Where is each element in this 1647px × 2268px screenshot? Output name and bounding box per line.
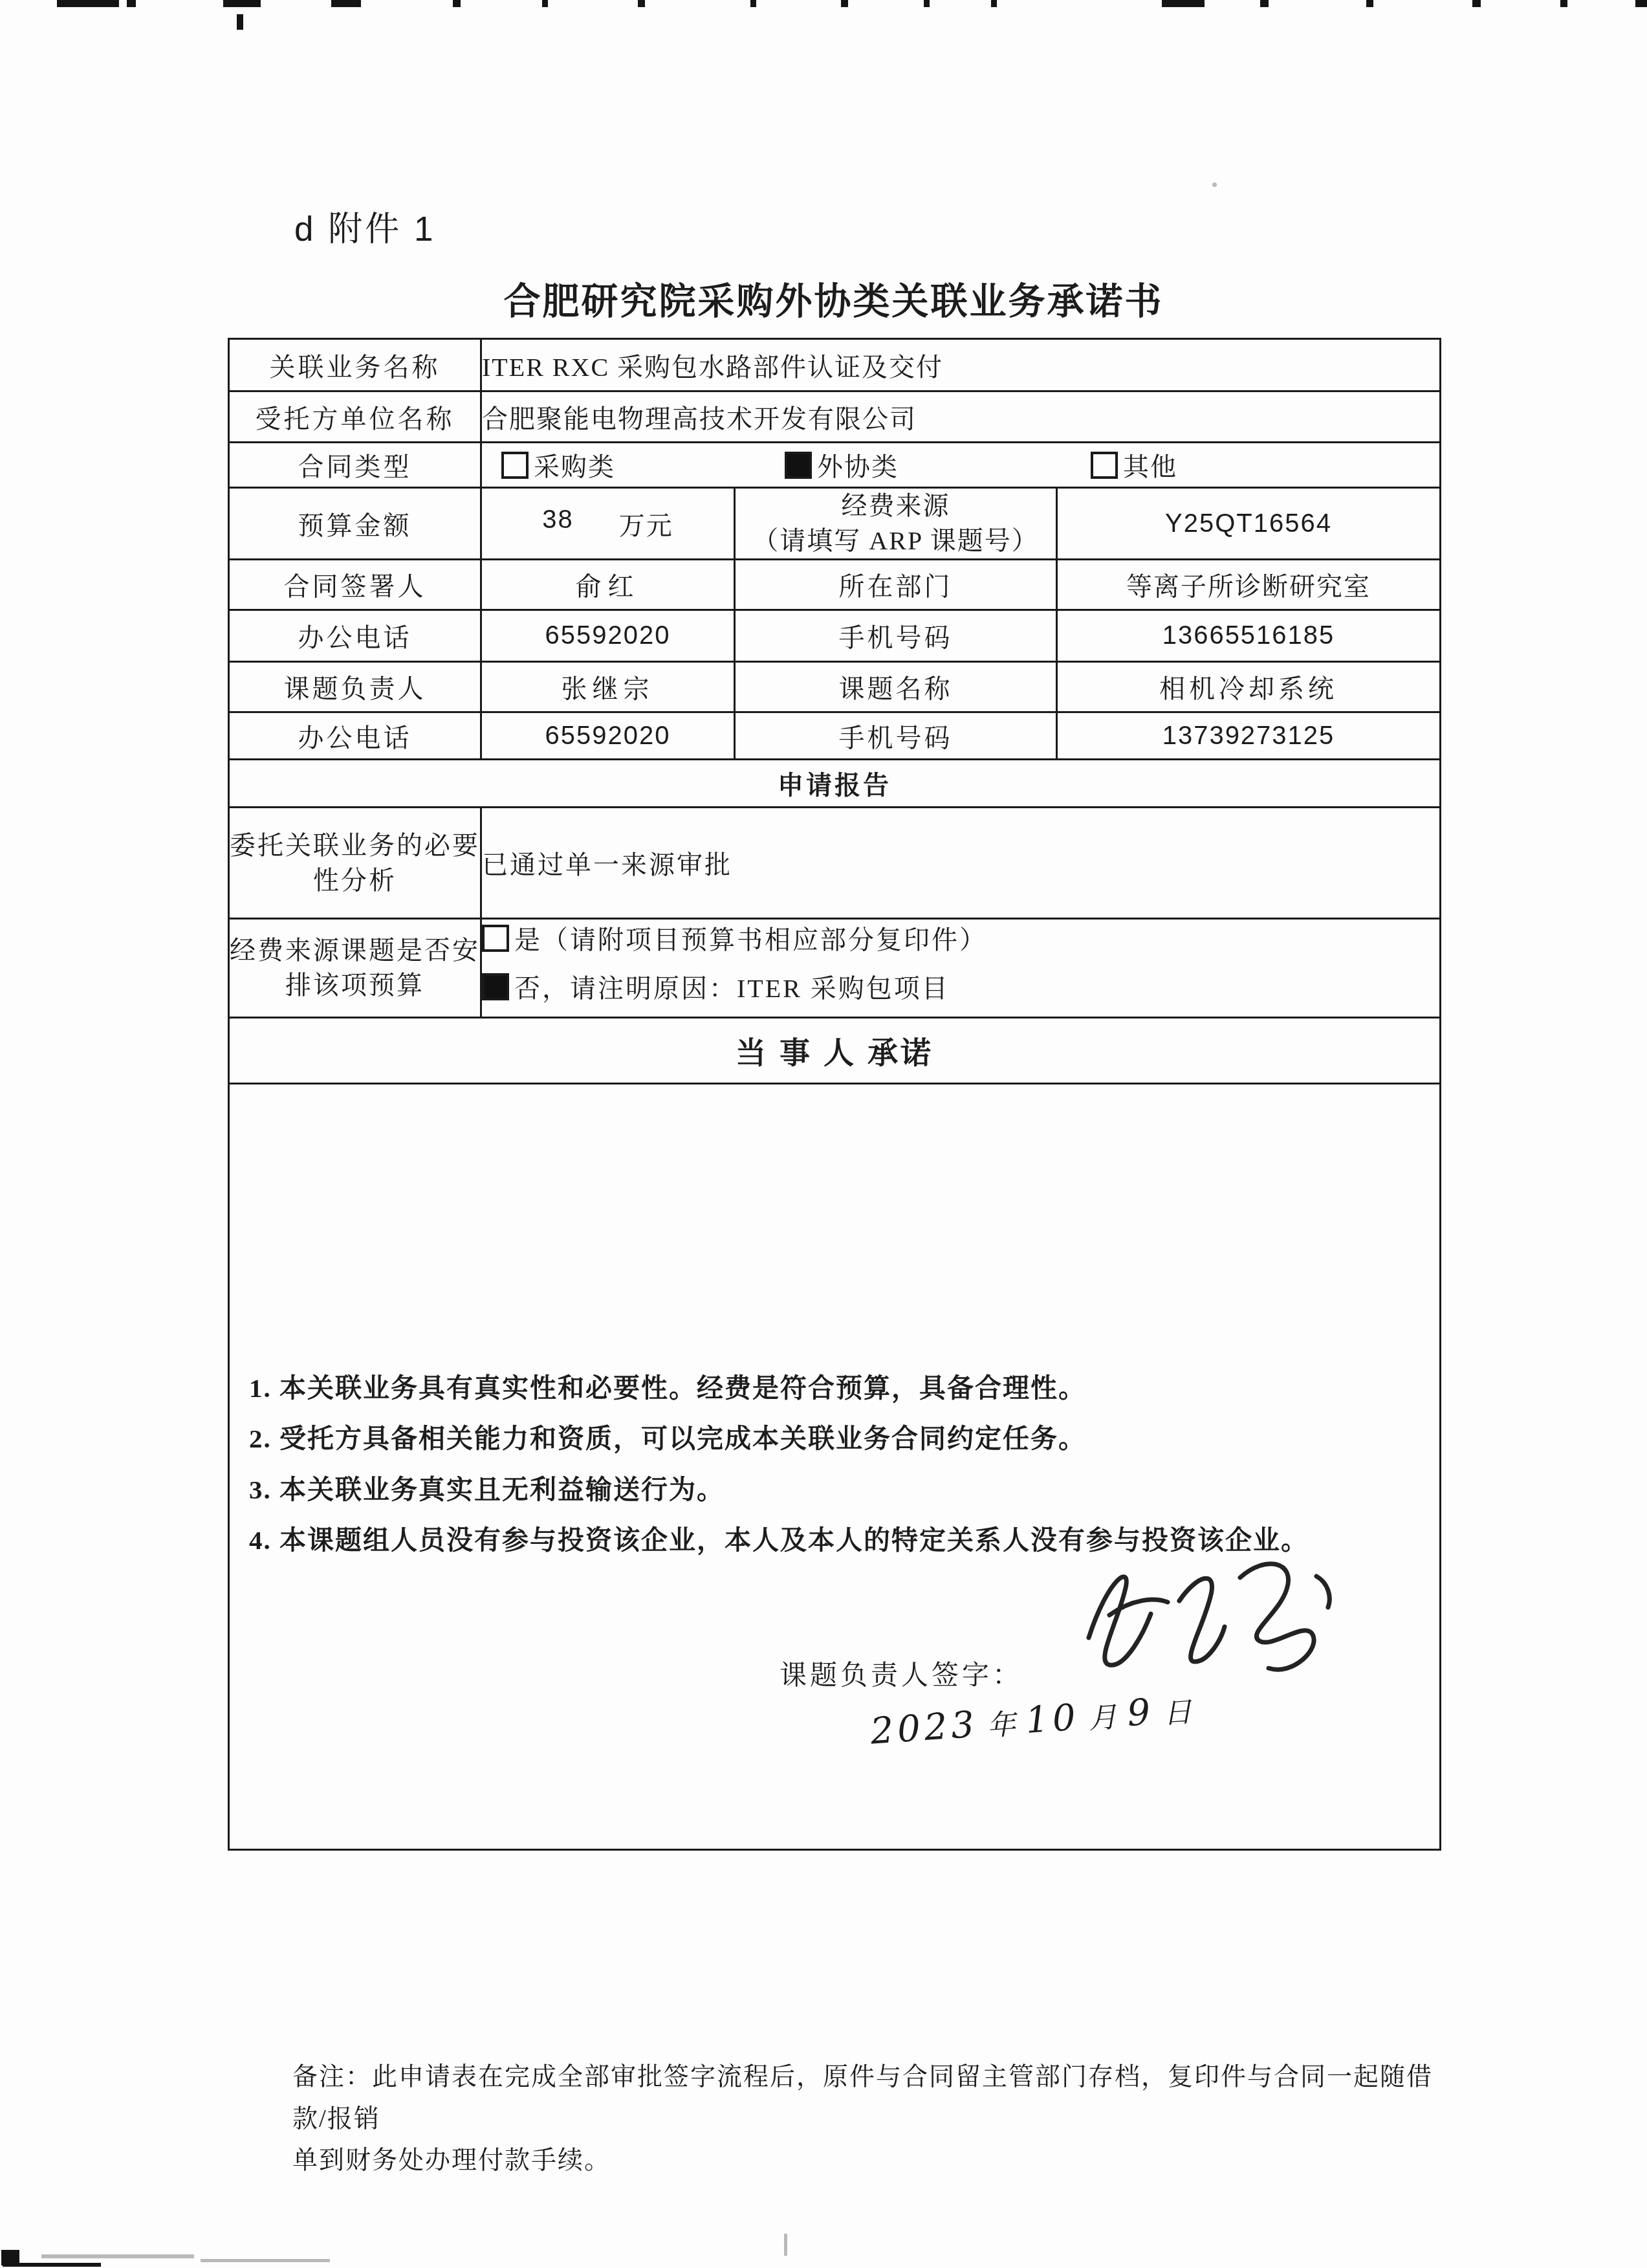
trustee-name-value: 合肥聚能电物理高技术开发有限公司 bbox=[481, 391, 1441, 443]
footer-note: 备注：此申请表在完成全部审批签字流程后，原件与合同留主管部门存档，复印件与合同一… bbox=[292, 2056, 1450, 2182]
signature-date-month-unit: 月 bbox=[1087, 1701, 1119, 1735]
contract-type-option-other: 其他 bbox=[1091, 452, 1177, 481]
signature-date-year-unit: 年 bbox=[986, 1708, 1018, 1743]
commitment-item-1: 1. 本关联业务具有真实性和必要性。经费是符合预算，具备合理性。 bbox=[249, 1374, 1423, 1403]
scan-artifact bbox=[1560, 0, 1567, 7]
signature-label: 课题负责人签字： bbox=[780, 1654, 1023, 1693]
other-checkbox-icon bbox=[1091, 452, 1118, 479]
signer-label: 合同签署人 bbox=[229, 560, 481, 610]
business-name-value: ITER RXC 采购包水路部件认证及交付 bbox=[481, 339, 1441, 391]
budget-label: 预算金额 bbox=[229, 488, 481, 560]
scan-artifact bbox=[201, 2259, 330, 2262]
signature-handwriting bbox=[1071, 1537, 1349, 1693]
project-leader-value: 张继宗 bbox=[481, 662, 735, 712]
row-budget: 预算金额 38 万元 经费来源 （请填写 ARP 课题号） Y25QT16564 bbox=[229, 488, 1441, 560]
signature-date: 2023年10月9日 bbox=[869, 1688, 1203, 1753]
row-office-phone-1: 办公电话 65592020 手机号码 13665516185 bbox=[229, 610, 1441, 662]
yes-option-label: 是（请附项目预算书相应部分复印件） bbox=[514, 925, 987, 954]
row-project-leader: 课题负责人 张继宗 课题名称 相机冷却系统 bbox=[229, 662, 1441, 712]
scan-artifact bbox=[542, 0, 548, 7]
scan-artifact bbox=[750, 0, 756, 7]
project-name-value: 相机冷却系统 bbox=[1057, 662, 1441, 712]
attachment-label: d 附件 1 bbox=[294, 202, 435, 251]
scanned-form-page: d 附件 1 合肥研究院采购外协类关联业务承诺书 关联业务名称 ITER RXC… bbox=[0, 0, 1647, 2268]
row-budget-arranged: 经费来源课题是否安排该项预算 是（请附项目预算书相应部分复印件） 否，请注明原因… bbox=[229, 919, 1441, 1018]
scan-artifact bbox=[1635, 0, 1647, 7]
signature-date-day-unit: 日 bbox=[1162, 1695, 1194, 1730]
contract-type-options: 采购类 外协类 其他 bbox=[481, 443, 1441, 488]
outsourcing-option-label: 外协类 bbox=[817, 452, 899, 481]
necessity-value: 已通过单一来源审批 bbox=[481, 808, 1441, 919]
signer-value: 俞红 bbox=[481, 560, 735, 610]
business-name-label: 关联业务名称 bbox=[229, 339, 481, 391]
scan-artifact bbox=[991, 0, 997, 7]
row-contract-signer: 合同签署人 俞红 所在部门 等离子所诊断研究室 bbox=[229, 560, 1441, 610]
budget-amount-unit: 万元 bbox=[619, 505, 673, 542]
budget-amount-number: 38 bbox=[542, 505, 574, 542]
arp-number-value: Y25QT16564 bbox=[1057, 488, 1441, 560]
contract-type-option-outsourcing: 外协类 bbox=[785, 452, 906, 481]
office-phone-1-value: 65592020 bbox=[481, 610, 735, 662]
scan-artifact bbox=[1212, 182, 1217, 187]
budget-arranged-option-yes: 是（请附项目预算书相应部分复印件） bbox=[482, 919, 1439, 956]
funding-source-label: 经费来源 （请填写 ARP 课题号） bbox=[735, 488, 1057, 560]
scan-artifact bbox=[1366, 0, 1373, 7]
scan-artifact bbox=[638, 0, 645, 7]
scan-artifact bbox=[127, 0, 136, 7]
commitment-list: 1. 本关联业务具有真实性和必要性。经费是符合预算，具备合理性。 2. 受托方具… bbox=[230, 1357, 1439, 1554]
commitment-form-table: 关联业务名称 ITER RXC 采购包水路部件认证及交付 受托方单位名称 合肥聚… bbox=[228, 338, 1441, 1851]
scan-artifact bbox=[223, 0, 261, 7]
purchase-option-label: 采购类 bbox=[534, 452, 615, 481]
row-commitments: 1. 本关联业务具有真实性和必要性。经费是符合预算，具备合理性。 2. 受托方具… bbox=[229, 1084, 1441, 1850]
contract-type-option-purchase: 采购类 bbox=[501, 452, 623, 481]
scan-artifact bbox=[331, 0, 361, 7]
signature-date-month: 10 bbox=[1024, 1696, 1081, 1742]
row-business-name: 关联业务名称 ITER RXC 采购包水路部件认证及交付 bbox=[229, 339, 1441, 391]
other-option-label: 其他 bbox=[1123, 452, 1177, 481]
no-option-label: 否，请注明原因：ITER 采购包项目 bbox=[514, 974, 950, 1003]
footer-note-line1: 备注：此申请表在完成全部审批签字流程后，原件与合同留主管部门存档，复印件与合同一… bbox=[292, 2056, 1450, 2140]
signature-date-year: 2023 bbox=[869, 1703, 979, 1752]
yes-checkbox-icon bbox=[482, 925, 509, 952]
budget-arranged-option-no: 否，请注明原因：ITER 采购包项目 bbox=[482, 968, 1439, 1005]
scan-artifact bbox=[784, 2234, 787, 2256]
department-label: 所在部门 bbox=[735, 560, 1057, 610]
office-phone-2-value: 65592020 bbox=[481, 712, 735, 760]
mobile-1-label: 手机号码 bbox=[735, 610, 1057, 662]
mobile-2-label: 手机号码 bbox=[735, 712, 1057, 760]
funding-source-line1: 经费来源 bbox=[736, 489, 1056, 523]
scan-artifact bbox=[924, 0, 930, 7]
commitment-item-3: 3. 本关联业务真实且无利益输送行为。 bbox=[249, 1475, 1423, 1504]
purchase-checkbox-icon bbox=[501, 452, 529, 479]
office-phone-2-label: 办公电话 bbox=[229, 712, 481, 760]
scan-artifact bbox=[41, 2254, 194, 2258]
mobile-2-value: 13739273125 bbox=[1057, 712, 1441, 760]
commitment-header: 当 事 人 承诺 bbox=[229, 1018, 1441, 1084]
footer-note-line2: 单到财务处办理付款手续。 bbox=[292, 2140, 1450, 2182]
office-phone-1-label: 办公电话 bbox=[229, 610, 481, 662]
commitments-cell: 1. 本关联业务具有真实性和必要性。经费是符合预算，具备合理性。 2. 受托方具… bbox=[229, 1084, 1441, 1850]
scan-artifact bbox=[57, 0, 119, 7]
project-leader-label: 课题负责人 bbox=[229, 662, 481, 712]
row-trustee-name: 受托方单位名称 合肥聚能电物理高技术开发有限公司 bbox=[229, 391, 1441, 443]
signature-date-day: 9 bbox=[1126, 1691, 1155, 1735]
scan-artifact bbox=[453, 0, 461, 7]
form-title: 合肥研究院采购外协类关联业务承诺书 bbox=[228, 272, 1439, 325]
budget-arranged-label: 经费来源课题是否安排该项预算 bbox=[229, 919, 481, 1018]
scan-artifact bbox=[3, 2263, 101, 2267]
row-commitment-header: 当 事 人 承诺 bbox=[229, 1018, 1441, 1084]
no-checkbox-icon bbox=[482, 973, 509, 1000]
budget-amount: 38 万元 bbox=[481, 488, 735, 560]
scan-artifact bbox=[841, 0, 848, 7]
row-necessity: 委托关联业务的必要性分析 已通过单一来源审批 bbox=[229, 808, 1441, 919]
necessity-label: 委托关联业务的必要性分析 bbox=[229, 808, 481, 919]
trustee-name-label: 受托方单位名称 bbox=[229, 391, 481, 443]
budget-arranged-options: 是（请附项目预算书相应部分复印件） 否，请注明原因：ITER 采购包项目 bbox=[481, 919, 1441, 1018]
funding-source-line2: （请填写 ARP 课题号） bbox=[736, 523, 1056, 558]
row-contract-type: 合同类型 采购类 外协类 其他 bbox=[229, 443, 1441, 488]
scan-artifact bbox=[1162, 0, 1205, 7]
contract-type-label: 合同类型 bbox=[229, 443, 481, 488]
scan-artifact bbox=[1260, 0, 1269, 7]
application-report-header: 申请报告 bbox=[229, 760, 1441, 808]
row-office-phone-2: 办公电话 65592020 手机号码 13739273125 bbox=[229, 712, 1441, 760]
scan-artifact bbox=[1472, 0, 1481, 7]
outsourcing-checkbox-icon bbox=[785, 452, 812, 479]
department-value: 等离子所诊断研究室 bbox=[1057, 560, 1441, 610]
commitment-item-2: 2. 受托方具备相关能力和资质，可以完成本关联业务合同约定任务。 bbox=[249, 1424, 1423, 1453]
scan-artifact bbox=[237, 14, 243, 30]
row-application-report-header: 申请报告 bbox=[229, 760, 1441, 808]
mobile-1-value: 13665516185 bbox=[1057, 610, 1441, 662]
project-name-label: 课题名称 bbox=[735, 662, 1057, 712]
